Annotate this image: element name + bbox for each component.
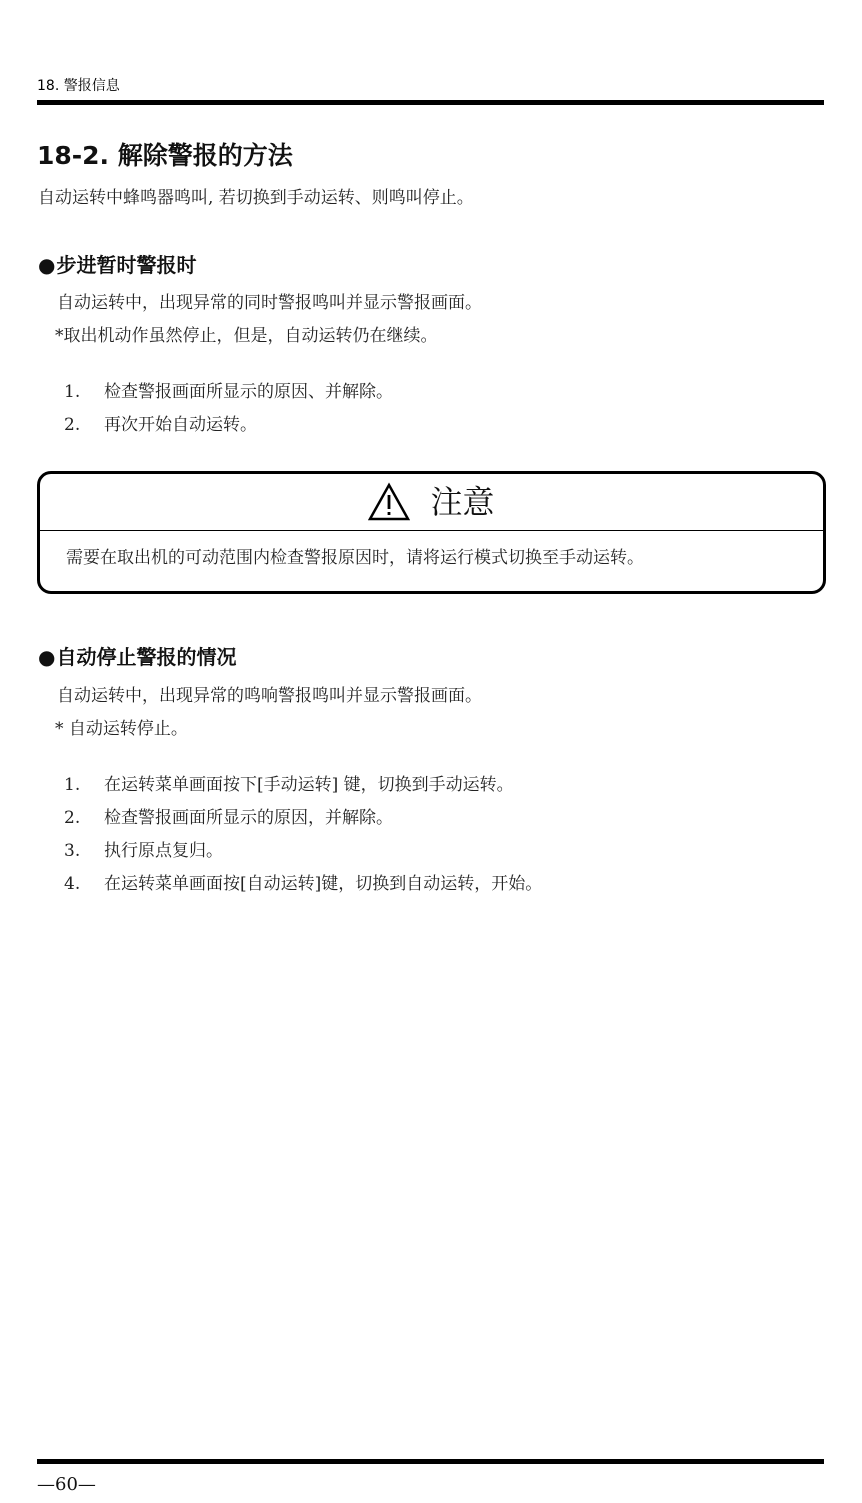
step-number: 4. (64, 873, 104, 895)
section-heading-text: 自动停止警报的情况 (56, 645, 236, 669)
step-text: 执行原点复归。 (104, 840, 223, 862)
list-item: 1. 在运转菜单画面按下[手动运转] 键，切换到手动运转。 (64, 774, 542, 796)
caution-text: 需要在取出机的可动范围内检查警报原因时，请将运行模式切换至手动运转。 (40, 531, 823, 569)
list-item: 1. 检查警报画面所显示的原因、并解除。 (64, 381, 393, 403)
step-number: 2. (64, 414, 104, 436)
step-text: 检查警报画面所显示的原因、并解除。 (104, 381, 393, 403)
steps-list: 1. 在运转菜单画面按下[手动运转] 键，切换到手动运转。 2. 检查警报画面所… (64, 774, 542, 895)
step-text: 在运转菜单画面按下[手动运转] 键，切换到手动运转。 (104, 774, 514, 796)
caution-box: 注意 需要在取出机的可动范围内检查警报原因时，请将运行模式切换至手动运转。 (37, 471, 826, 594)
footer-divider (37, 1459, 824, 1464)
caution-title: 注意 (430, 482, 494, 522)
step-text: 检查警报画面所显示的原因，并解除。 (104, 807, 393, 829)
bullet-icon: ● (38, 253, 55, 277)
running-header: 18. 警报信息 (37, 77, 120, 95)
section-paragraph: 自动运转中，出现异常的鸣响警报鸣叫并显示警报画面。 (57, 685, 482, 707)
caution-header: 注意 (40, 474, 823, 531)
page-number: —60— (37, 1474, 96, 1496)
step-number: 3. (64, 840, 104, 862)
intro-paragraph: 自动运转中蜂鸣器鸣叫, 若切换到手动运转、则鸣叫停止。 (38, 187, 474, 209)
list-item: 3. 执行原点复归。 (64, 840, 542, 862)
step-number: 1. (64, 381, 104, 403)
list-item: 4. 在运转菜单画面按[自动运转]键，切换到自动运转，开始。 (64, 873, 542, 895)
list-item: 2. 检查警报画面所显示的原因，并解除。 (64, 807, 542, 829)
section-note: * 自动运转停止。 (55, 718, 188, 740)
list-item: 2. 再次开始自动运转。 (64, 414, 393, 436)
page-title: 18-2. 解除警报的方法 (37, 140, 293, 172)
step-number: 1. (64, 774, 104, 796)
section-note: *取出机动作虽然停止，但是，自动运转仍在继续。 (55, 325, 438, 347)
section-heading-auto-stop: ●自动停止警报的情况 (38, 644, 236, 670)
warning-triangle-icon (368, 482, 410, 522)
steps-list: 1. 检查警报画面所显示的原因、并解除。 2. 再次开始自动运转。 (64, 381, 393, 436)
section-heading-step-pause: ●步进暂时警报时 (38, 252, 196, 278)
step-number: 2. (64, 807, 104, 829)
section-heading-text: 步进暂时警报时 (56, 253, 196, 277)
step-text: 再次开始自动运转。 (104, 414, 257, 436)
section-paragraph: 自动运转中，出现异常的同时警报鸣叫并显示警报画面。 (57, 292, 482, 314)
step-text: 在运转菜单画面按[自动运转]键，切换到自动运转，开始。 (104, 873, 542, 895)
bullet-icon: ● (38, 645, 55, 669)
header-divider (37, 100, 824, 105)
